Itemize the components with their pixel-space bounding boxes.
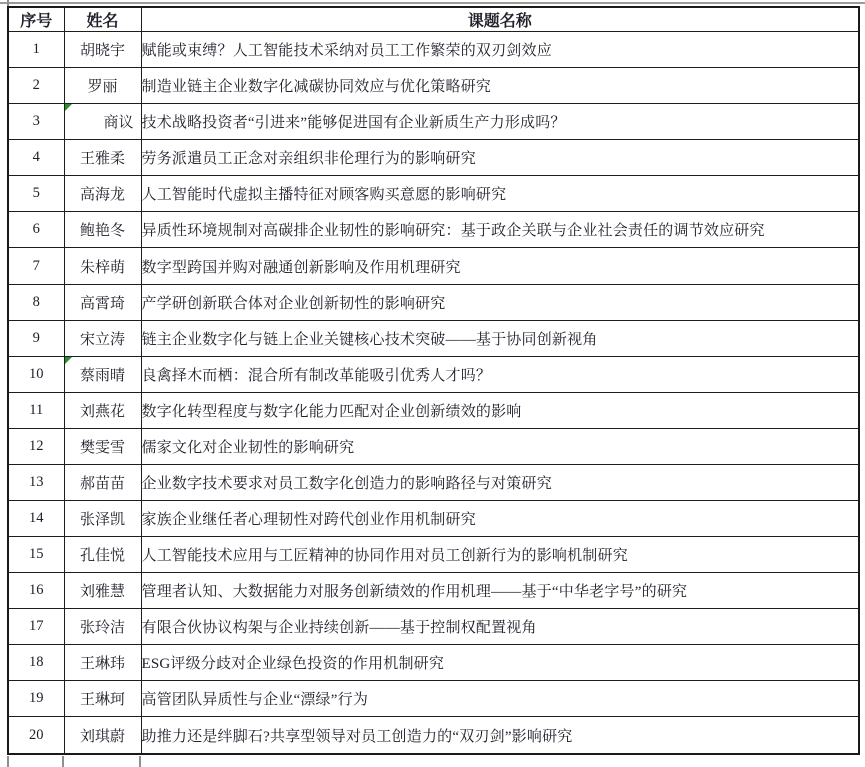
topic-cell[interactable]: 数字化转型程度与数字化能力匹配对企业创新绩效的影响 [141, 392, 859, 428]
name-cell[interactable]: 胡晓宇 [64, 32, 141, 68]
table-row: 20 刘琪蔚 助推力还是绊脚石?共享型领导对员工创造力的“双刃剑”影响研究 [8, 717, 859, 754]
row-number-cell[interactable]: 5 [8, 176, 64, 212]
table-row: 4 王雅柔 劳务派遣员工正念对亲组织非伦理行为的影响研究 [8, 140, 859, 176]
topic-roster-table: 序号 姓名 课题名称 1 胡晓宇 赋能或束缚？人工智能技术采纳对员工工作繁荣的双… [7, 6, 860, 755]
name-cell[interactable]: 樊雯雪 [64, 428, 141, 464]
name-cell[interactable]: 朱梓萌 [64, 248, 141, 284]
topic-cell[interactable]: 管理者认知、大数据能力对服务创新绩效的作用机理——基于“中华老字号”的研究 [141, 573, 859, 609]
name-cell[interactable]: 宋立涛 [64, 320, 141, 356]
name-cell[interactable]: 刘雅慧 [64, 573, 141, 609]
topic-cell[interactable]: 赋能或束缚？人工智能技术采纳对员工工作繁荣的双刃剑效应 [141, 32, 859, 68]
row-number-cell[interactable]: 3 [8, 104, 64, 140]
table-row: 3 商议 技术战略投资者“引进来”能够促进国有企业新质生产力形成吗？ [8, 104, 859, 140]
table-row: 13 郝苗苗 企业数字技术要求对员工数字化创造力的影响路径与对策研究 [8, 464, 859, 500]
table-row: 5 高海龙 人工智能时代虚拟主播特征对顾客购买意愿的影响研究 [8, 176, 859, 212]
name-cell[interactable]: 蔡雨晴 [64, 356, 141, 392]
topic-cell[interactable]: 数字型跨国并购对融通创新影响及作用机理研究 [141, 248, 859, 284]
row-number-cell[interactable]: 15 [8, 537, 64, 573]
name-cell[interactable]: 孔佳悦 [64, 537, 141, 573]
name-cell[interactable]: 张泽凯 [64, 501, 141, 537]
table-row: 2 罗丽 制造业链主企业数字化减碳协同效应与优化策略研究 [8, 68, 859, 104]
topic-cell[interactable]: 儒家文化对企业韧性的影响研究 [141, 428, 859, 464]
name-cell[interactable]: 王琳珂 [64, 681, 141, 717]
topic-cell[interactable]: 异质性环境规制对高碳排企业韧性的影响研究：基于政企关联与企业社会责任的调节效应研… [141, 212, 859, 248]
row-number-cell[interactable]: 8 [8, 284, 64, 320]
row-number-cell[interactable]: 6 [8, 212, 64, 248]
topic-cell[interactable]: 产学研创新联合体对企业创新韧性的影响研究 [141, 284, 859, 320]
name-cell[interactable]: 鲍艳冬 [64, 212, 141, 248]
row-number-cell[interactable]: 16 [8, 573, 64, 609]
name-cell[interactable]: 刘琪蔚 [64, 717, 141, 754]
name-cell[interactable]: 罗丽 [64, 68, 141, 104]
topic-cell[interactable]: 人工智能时代虚拟主播特征对顾客购买意愿的影响研究 [141, 176, 859, 212]
header-row: 序号 姓名 课题名称 [8, 7, 859, 32]
topic-cell[interactable]: 链主企业数字化与链上企业关键核心技术突破——基于协同创新视角 [141, 320, 859, 356]
name-cell[interactable]: 高霄琦 [64, 284, 141, 320]
row-number-cell[interactable]: 18 [8, 645, 64, 681]
row-number-cell[interactable]: 1 [8, 32, 64, 68]
topic-cell[interactable]: 助推力还是绊脚石?共享型领导对员工创造力的“双刃剑”影响研究 [141, 717, 859, 754]
topic-cell[interactable]: 企业数字技术要求对员工数字化创造力的影响路径与对策研究 [141, 464, 859, 500]
table-row: 11 刘燕花 数字化转型程度与数字化能力匹配对企业创新绩效的影响 [8, 392, 859, 428]
row-number-cell[interactable]: 11 [8, 392, 64, 428]
grid-stub-bottom-mid [62, 756, 64, 767]
col-header-index[interactable]: 序号 [8, 7, 64, 32]
grid-stub-bottom-right [139, 756, 141, 767]
table-row: 17 张玲洁 有限合伙协议构架与企业持续创新——基于控制权配置视角 [8, 609, 859, 645]
topic-cell[interactable]: ESG评级分歧对企业绿色投资的作用机制研究 [141, 645, 859, 681]
name-cell[interactable]: 商议 [64, 104, 141, 140]
row-number-cell[interactable]: 20 [8, 717, 64, 754]
topic-cell[interactable]: 家族企业继任者心理韧性对跨代创业作用机制研究 [141, 501, 859, 537]
row-number-cell[interactable]: 13 [8, 464, 64, 500]
table-row: 19 王琳珂 高管团队异质性与企业“漂绿”行为 [8, 681, 859, 717]
col-header-name[interactable]: 姓名 [64, 7, 141, 32]
row-number-cell[interactable]: 9 [8, 320, 64, 356]
table-row: 6 鲍艳冬 异质性环境规制对高碳排企业韧性的影响研究：基于政企关联与企业社会责任… [8, 212, 859, 248]
row-number-cell[interactable]: 19 [8, 681, 64, 717]
table-row: 14 张泽凯 家族企业继任者心理韧性对跨代创业作用机制研究 [8, 501, 859, 537]
name-cell[interactable]: 刘燕花 [64, 392, 141, 428]
row-number-cell[interactable]: 7 [8, 248, 64, 284]
grid-stub-bottom-left [7, 756, 9, 767]
table-row: 18 王琳玮 ESG评级分歧对企业绿色投资的作用机制研究 [8, 645, 859, 681]
row-number-cell[interactable]: 10 [8, 356, 64, 392]
table-row: 10 蔡雨晴 良禽择木而栖：混合所有制改革能吸引优秀人才吗？ [8, 356, 859, 392]
col-header-topic[interactable]: 课题名称 [141, 7, 859, 32]
topic-cell[interactable]: 高管团队异质性与企业“漂绿”行为 [141, 681, 859, 717]
row-number-cell[interactable]: 17 [8, 609, 64, 645]
topic-cell[interactable]: 制造业链主企业数字化减碳协同效应与优化策略研究 [141, 68, 859, 104]
row-number-cell[interactable]: 4 [8, 140, 64, 176]
name-cell[interactable]: 王雅柔 [64, 140, 141, 176]
table-row: 15 孔佳悦 人工智能技术应用与工匠精神的协同作用对员工创新行为的影响机制研究 [8, 537, 859, 573]
row-number-cell[interactable]: 14 [8, 501, 64, 537]
table-row: 1 胡晓宇 赋能或束缚？人工智能技术采纳对员工工作繁荣的双刃剑效应 [8, 32, 859, 68]
topic-cell[interactable]: 人工智能技术应用与工匠精神的协同作用对员工创新行为的影响机制研究 [141, 537, 859, 573]
name-cell[interactable]: 郝苗苗 [64, 464, 141, 500]
row-number-cell[interactable]: 2 [8, 68, 64, 104]
cropped-row-divider [0, 2, 865, 4]
topic-cell[interactable]: 劳务派遣员工正念对亲组织非伦理行为的影响研究 [141, 140, 859, 176]
topic-cell[interactable]: 有限合伙协议构架与企业持续创新——基于控制权配置视角 [141, 609, 859, 645]
name-cell[interactable]: 高海龙 [64, 176, 141, 212]
name-cell[interactable]: 张玲洁 [64, 609, 141, 645]
table-row: 9 宋立涛 链主企业数字化与链上企业关键核心技术突破——基于协同创新视角 [8, 320, 859, 356]
topic-cell[interactable]: 技术战略投资者“引进来”能够促进国有企业新质生产力形成吗？ [141, 104, 859, 140]
table-row: 12 樊雯雪 儒家文化对企业韧性的影响研究 [8, 428, 859, 464]
topic-cell[interactable]: 良禽择木而栖：混合所有制改革能吸引优秀人才吗？ [141, 356, 859, 392]
row-number-cell[interactable]: 12 [8, 428, 64, 464]
name-cell[interactable]: 王琳玮 [64, 645, 141, 681]
table-row: 16 刘雅慧 管理者认知、大数据能力对服务创新绩效的作用机理——基于“中华老字号… [8, 573, 859, 609]
table-row: 8 高霄琦 产学研创新联合体对企业创新韧性的影响研究 [8, 284, 859, 320]
table-row: 7 朱梓萌 数字型跨国并购对融通创新影响及作用机理研究 [8, 248, 859, 284]
